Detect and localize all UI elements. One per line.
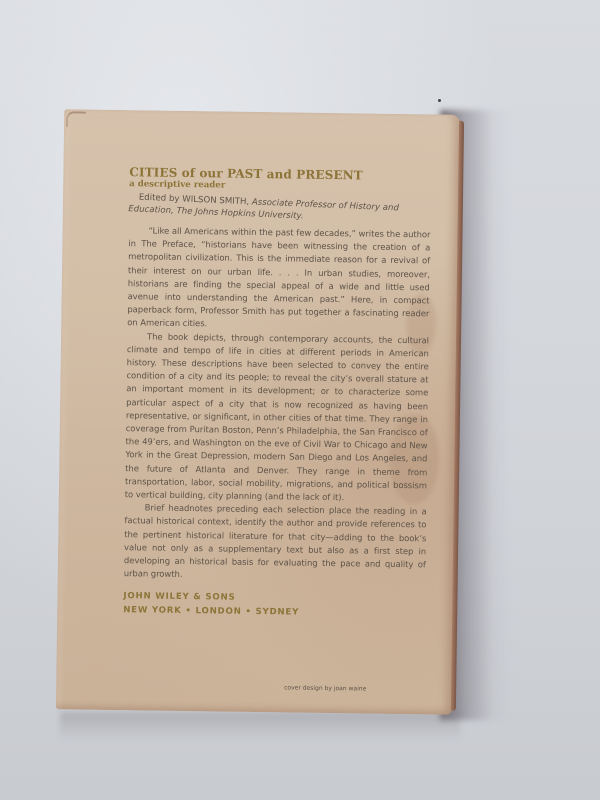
worn-corner	[66, 111, 86, 127]
cover-design-credit: cover design by joan waine	[284, 684, 366, 692]
cover-text-block: CITIES of our PAST and PRESENT a descrip…	[123, 165, 429, 622]
blurb-paragraph: The book depicts, through contemporary a…	[125, 330, 429, 506]
book-shadow-bottom	[60, 712, 460, 740]
publisher-block: JOHN WILEY & SONS NEW YORK • LONDON • SY…	[123, 591, 423, 622]
blurb-paragraph: “Like all Americans within the past few …	[127, 224, 430, 334]
surface-speck	[438, 99, 441, 102]
blurb-paragraph: Brief headnotes preceding each selection…	[124, 501, 427, 584]
editor-line: Edited by WILSON SMITH, Associate Profes…	[128, 191, 434, 228]
book-back-cover: CITIES of our PAST and PRESENT a descrip…	[56, 109, 460, 714]
publisher-cities: NEW YORK • LONDON • SYDNEY	[123, 604, 423, 622]
